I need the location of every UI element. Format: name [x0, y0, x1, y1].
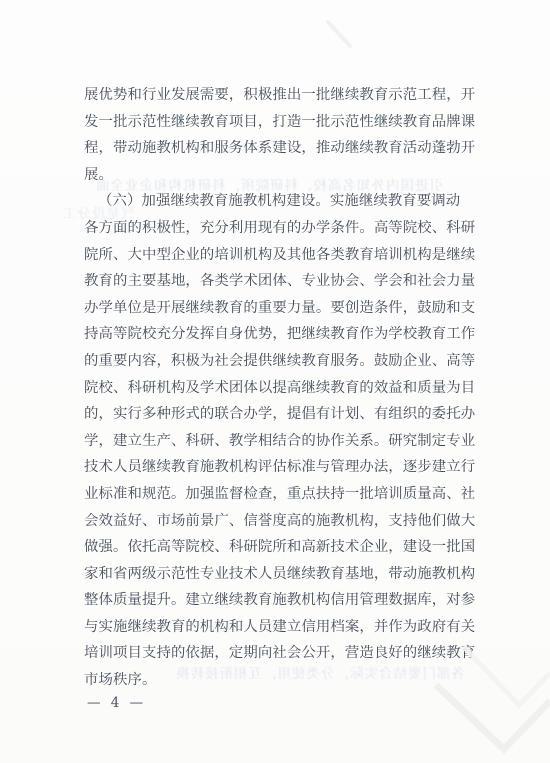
text-line-paragraph-start: （六）加强继续教育施教机构建设。实施继续教育要调动: [84, 188, 476, 215]
text-line: 市场秩序。: [84, 667, 476, 694]
text-line: 技术人员继续教育施教机构评估标准与管理办法，逐步建立行: [84, 454, 476, 481]
text-line: 展。: [84, 162, 476, 189]
text-line: 展优势和行业发展需要，积极推出一批继续教育示范工程，开: [84, 82, 476, 109]
text-line: 办学单位是开展继续教育的重要力量。要创造条件，鼓励和支: [84, 295, 476, 322]
text-line: 学，建立生产、科研、教学相结合的协作关系。研究制定专业: [84, 428, 476, 455]
text-line: 程，带动施教机构和服务体系建设，推动继续教育活动蓬勃开: [84, 135, 476, 162]
scan-scratch-mark: [320, 16, 360, 56]
text-line: 家和省两级示范性专业技术人员继续教育基地，带动施教机构: [84, 561, 476, 588]
text-line: 教育的主要基地，各类学术团体、专业协会、学会和社会力量: [84, 268, 476, 295]
document-page: 引进国内外知名高校、科研院所，科研机构和企业全面 气是设分工 各部门要结合实际，…: [0, 0, 550, 763]
text-line: 培训项目支持的依据，定期向社会公开，营造良好的继续教育: [84, 640, 476, 667]
document-body-text: 展优势和行业发展需要，积极推出一批继续教育示范工程，开 发一批示范性继续教育项目…: [84, 82, 476, 694]
text-line: 做强。依托高等院校、科研院所和高新技术企业，建设一批国: [84, 534, 476, 561]
text-line: 的重要内容，积极为社会提供继续教育服务。鼓励企业、高等: [84, 348, 476, 375]
text-line: 整体质量提升。建立继续教育施教机构信用管理数据库，对参: [84, 587, 476, 614]
text-line: 业标准和规范。加强监督检查，重点扶持一批培训质量高、社: [84, 481, 476, 508]
text-line: 院所、大中型企业的培训机构及其他各类教育培训机构是继续: [84, 242, 476, 269]
text-line: 会效益好、市场前景广、信誉度高的施教机构，支持他们做大: [84, 508, 476, 535]
text-line: 的，实行多种形式的联合办学，提倡有计划、有组织的委托办: [84, 401, 476, 428]
page-number: — 4 —: [87, 695, 146, 711]
text-line: 持高等院校充分发挥自身优势，把继续教育作为学校教育工作: [84, 321, 476, 348]
text-line: 发一批示范性继续教育项目，打造一批示范性继续教育品牌课: [84, 109, 476, 136]
text-line: 与实施继续教育的机构和人员建立信用档案，并作为政府有关: [84, 614, 476, 641]
text-line: 各方面的积极性，充分利用现有的办学条件。高等院校、科研: [84, 215, 476, 242]
text-line: 院校、科研机构及学术团体以提高继续教育的效益和质量为目: [84, 375, 476, 402]
